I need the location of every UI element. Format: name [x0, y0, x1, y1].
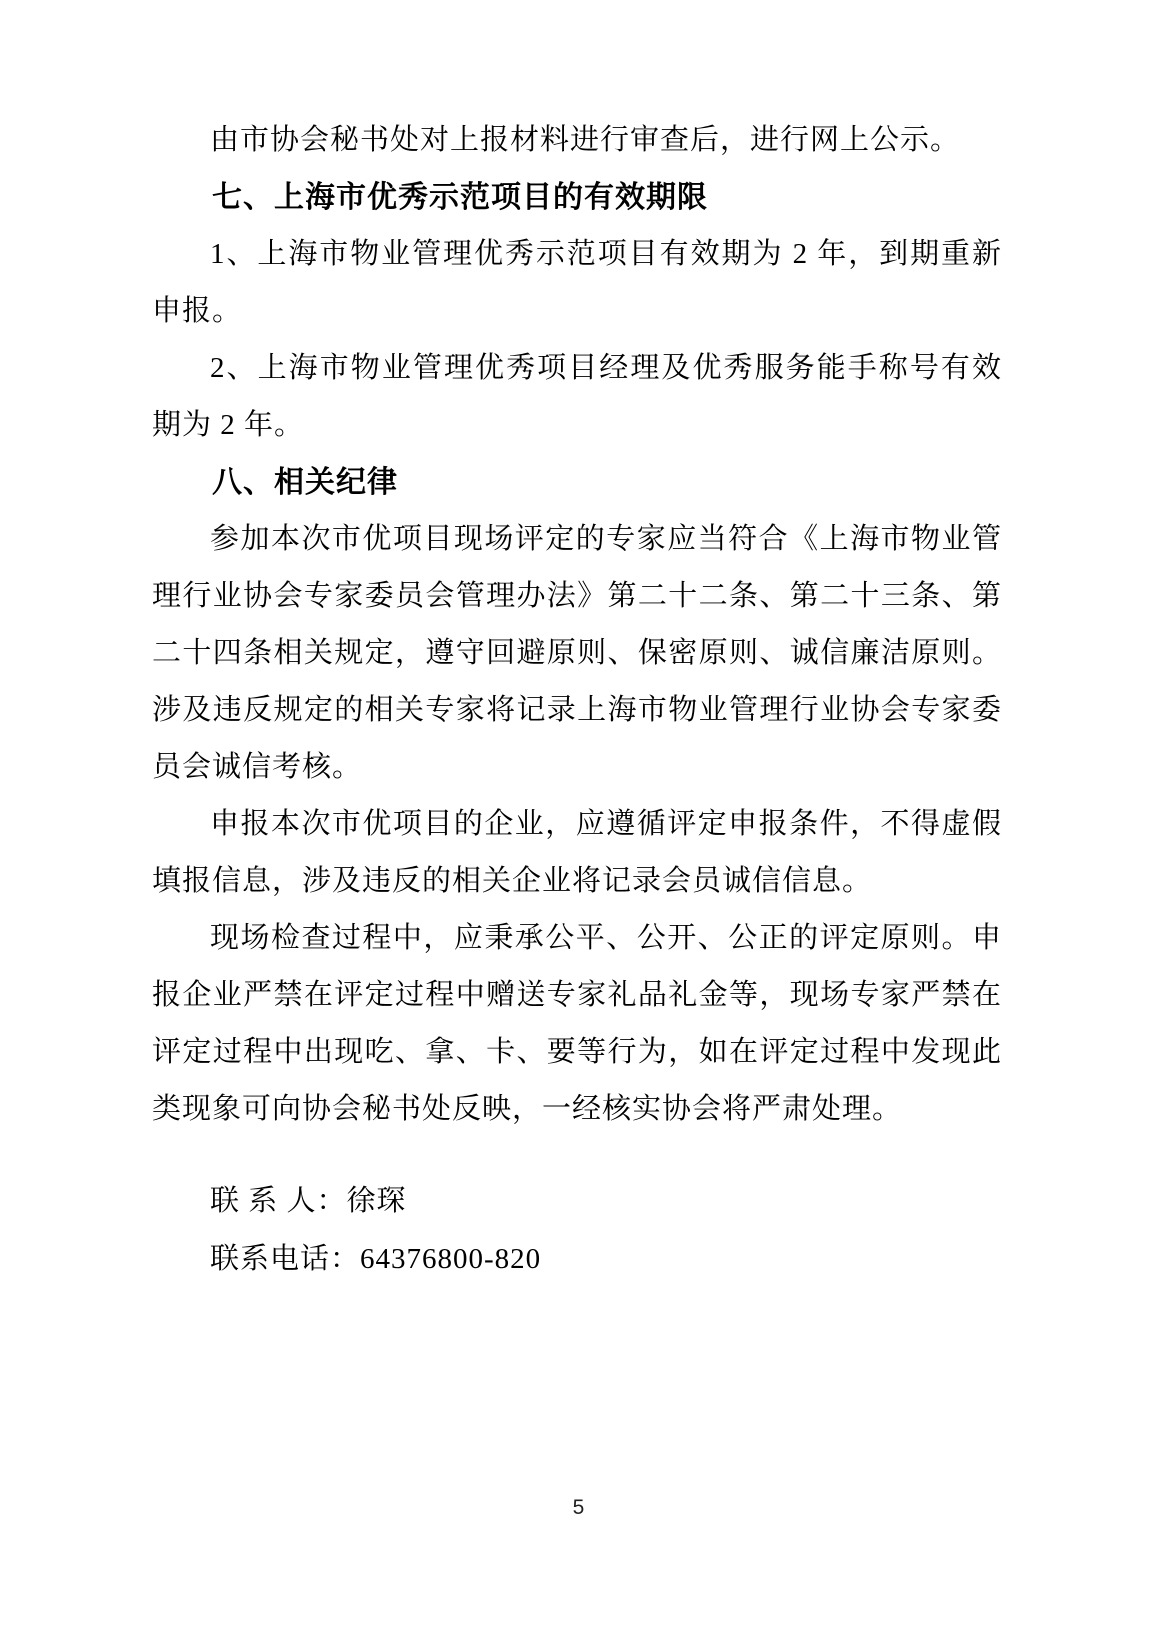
contact-person-line: 联 系 人：徐琛	[152, 1172, 1002, 1230]
section-heading-8-discipline: 八、相关纪律	[152, 454, 1002, 511]
contact-phone-number: 64376800-820	[360, 1243, 541, 1275]
section-heading-7-validity-period: 七、上海市优秀示范项目的有效期限	[152, 169, 1002, 226]
contact-person-name: 徐琛	[347, 1185, 407, 1217]
document-page: 由市协会秘书处对上报材料进行审查后，进行网上公示。 七、上海市优秀示范项目的有效…	[0, 0, 1157, 1626]
contact-phone-line: 联系电话：64376800-820	[152, 1230, 1002, 1288]
intro-paragraph: 由市协会秘书处对上报材料进行审查后，进行网上公示。	[152, 112, 1002, 169]
page-number: 5	[0, 1496, 1157, 1520]
discipline-onsite-inspection-paragraph: 现场检查过程中，应秉承公平、公开、公正的评定原则。申报企业严禁在评定过程中赠送专…	[152, 910, 1002, 1138]
document-body: 由市协会秘书处对上报材料进行审查后，进行网上公示。 七、上海市优秀示范项目的有效…	[152, 112, 1002, 1288]
contact-phone-label: 联系电话：	[210, 1243, 360, 1275]
contact-info-block: 联 系 人：徐琛 联系电话：64376800-820	[152, 1172, 1002, 1288]
validity-item-1-paragraph: 1、上海市物业管理优秀示范项目有效期为 2 年，到期重新申报。	[152, 226, 1002, 340]
validity-item-2-paragraph: 2、上海市物业管理优秀项目经理及优秀服务能手称号有效期为 2 年。	[152, 340, 1002, 454]
discipline-enterprises-paragraph: 申报本次市优项目的企业，应遵循评定申报条件，不得虚假填报信息，涉及违反的相关企业…	[152, 796, 1002, 910]
contact-person-label: 联 系 人：	[210, 1185, 347, 1217]
discipline-experts-paragraph: 参加本次市优项目现场评定的专家应当符合《上海市物业管理行业协会专家委员会管理办法…	[152, 511, 1002, 796]
